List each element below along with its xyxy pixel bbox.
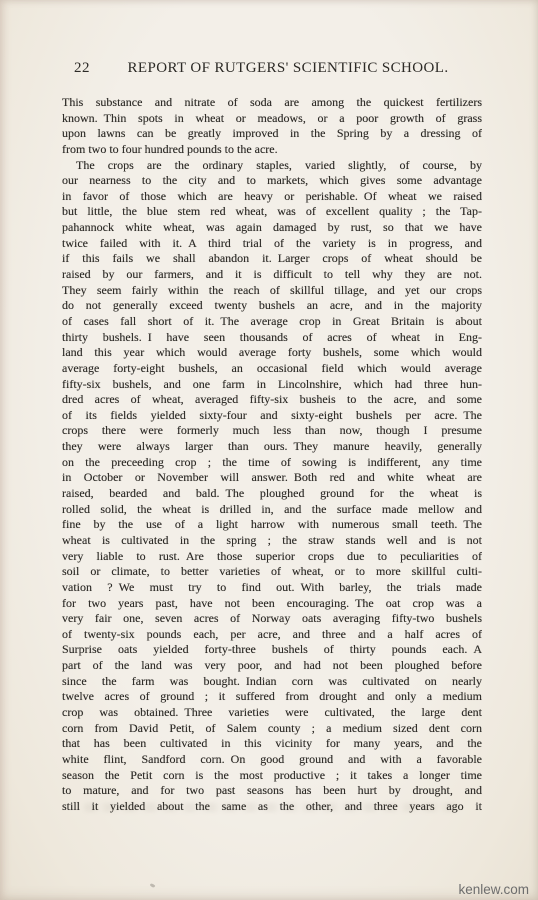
watermark: kenlew.com	[458, 882, 529, 897]
text-line: pahannock white wheat, was again damaged…	[62, 220, 482, 236]
text-line: wheat is cultivated in the spring ; the …	[62, 533, 482, 549]
text-line: very liable to rust. Are those superior …	[62, 549, 482, 565]
ink-bleed-ghost	[84, 803, 460, 812]
text-line: upon lawns can be greatly improved in th…	[62, 126, 482, 142]
text-line: crops there were formerly much less than…	[62, 423, 482, 439]
text-line: They seem fairly within the reach of ski…	[62, 283, 482, 299]
text-line: that has been cultivated in this vicinit…	[62, 736, 482, 752]
page-body: This substance and nitrate of soda are a…	[62, 95, 482, 814]
text-line: This substance and nitrate of soda are a…	[62, 95, 482, 111]
text-line: raised, bearded and bald. The ploughed g…	[62, 486, 482, 502]
text-line: they were always larger than ours. They …	[62, 439, 482, 455]
text-line: part of the land was very poor, and had …	[62, 658, 482, 674]
text-line: land this year which would average forty…	[62, 345, 482, 361]
text-line: soil or climate, to better varieties of …	[62, 564, 482, 580]
scan-speck	[150, 883, 156, 888]
text-line: season the Petit corn is the most produc…	[62, 768, 482, 784]
text-line: very fair one, seven acres of Norway oat…	[62, 611, 482, 627]
text-line: on the preceeding crop ; the time of sow…	[62, 455, 482, 471]
text-line: rolled solid, the wheat is drilled in, a…	[62, 502, 482, 518]
text-line: The crops are the ordinary staples, vari…	[62, 158, 482, 174]
text-line: crop was obtained. Three varieties were …	[62, 705, 482, 721]
text-line: of twenty-six pounds each, per acre, and…	[62, 627, 482, 643]
text-line: white flint, Sandford corn. On good grou…	[62, 752, 482, 768]
text-line: corn from David Petit, of Salem county ;…	[62, 721, 482, 737]
text-line: to mature, and for two past seasons has …	[62, 783, 482, 799]
text-line: our nearness to the city and to markets,…	[62, 173, 482, 189]
text-line: raised by our farmers, and it is difficu…	[62, 267, 482, 283]
text-line: if this fails we shall abandon it. Large…	[62, 251, 482, 267]
text-line: since the farm was bought. Indian corn w…	[62, 674, 482, 690]
scanned-page: 22 REPORT OF RUTGERS' SCIENTIFIC SCHOOL.…	[0, 0, 538, 900]
text-line: twelve acres of ground ; it suffered fro…	[62, 689, 482, 705]
text-line: fifty-six bushels, and one farm in Linco…	[62, 377, 482, 393]
page-title: REPORT OF RUTGERS' SCIENTIFIC SCHOOL.	[80, 60, 496, 77]
text-line: thirty bushels. I have seen thousands of…	[62, 330, 482, 346]
text-line: but little, the blue stem red wheat, was…	[62, 204, 482, 220]
text-line: vation ? We must try to find out. With b…	[62, 580, 482, 596]
text-line: do not generally exceed twenty bushels a…	[62, 298, 482, 314]
text-line: in favor of those which are heavy or per…	[62, 189, 482, 205]
text-line: from two to four hundred pounds to the a…	[62, 142, 482, 158]
text-line: in October or November will answer. Both…	[62, 470, 482, 486]
text-line: twice failed with it. A third trial of t…	[62, 236, 482, 252]
text-line: for two years past, have not been encour…	[62, 596, 482, 612]
page-header: 22 REPORT OF RUTGERS' SCIENTIFIC SCHOOL.	[62, 60, 482, 80]
text-line: of its fields yielded sixty-four and six…	[62, 408, 482, 424]
text-line: of cases fall short of it. The average c…	[62, 314, 482, 330]
text-line: dred acres of wheat, averaged fifty-six …	[62, 392, 482, 408]
text-line: Surprise oats yielded forty-three bushel…	[62, 642, 482, 658]
text-line: average forty-eight bushels, an occasion…	[62, 361, 482, 377]
text-line: fine by the use of a light harrow with n…	[62, 517, 482, 533]
text-line: known. Thin spots in wheat or meadows, o…	[62, 111, 482, 127]
